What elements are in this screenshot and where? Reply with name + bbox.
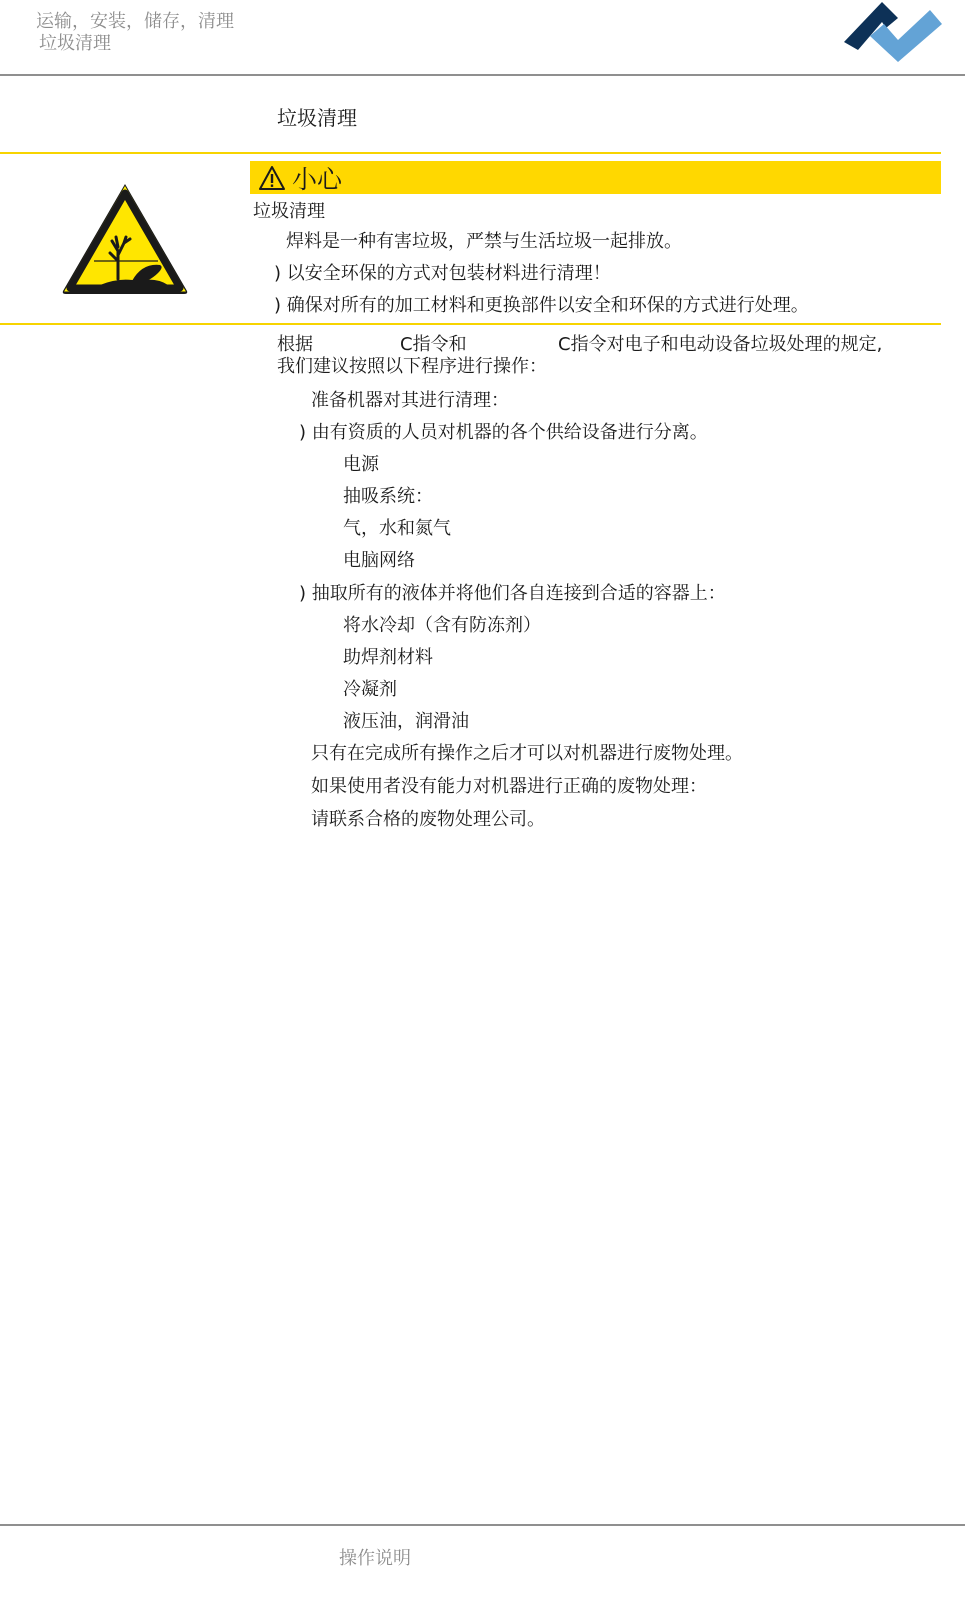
intro-part-1: 根据	[277, 334, 313, 356]
list-item: 电源	[343, 454, 379, 476]
action-text: 以安全环保的方式对包装材料进行清理！	[287, 263, 611, 284]
breadcrumb-section: 垃圾清理	[39, 33, 111, 55]
list-item: 电脑网络	[343, 550, 415, 572]
list-item: 抽吸系统：	[343, 486, 433, 508]
action-text: 确保对所有的加工材料和更换部件以安全和环保的方式进行处理。	[287, 295, 809, 316]
step-text: 抽取所有的液体并将他们各自连接到合适的容器上：	[312, 583, 726, 604]
caution-bottom-rule	[0, 323, 941, 325]
list-item: 液压油，润滑油	[343, 711, 469, 733]
list-item: 气，水和氮气	[343, 518, 451, 540]
page-title: 垃圾清理	[277, 102, 357, 131]
footer-divider	[0, 1524, 965, 1526]
note-2: 如果使用者没有能力对机器进行正确的废物处理：	[311, 776, 707, 798]
intro-part-2: C指令和	[400, 334, 467, 356]
step-text: 由有资质的人员对机器的各个供给设备进行分离。	[312, 422, 708, 443]
caution-top-rule	[0, 152, 941, 154]
warning-triangle-icon	[258, 165, 286, 191]
caution-text: 焊料是一种有害垃圾，严禁与生活垃圾一起排放。	[286, 231, 682, 253]
footer-label: 操作说明	[339, 1544, 411, 1570]
caution-action-1: ) 以安全环保的方式对包装材料进行清理！	[274, 263, 611, 285]
step-prepare: 准备机器对其进行清理：	[311, 390, 509, 412]
list-item: 将水冷却（含有防冻剂）	[343, 615, 541, 637]
list-item: 助焊剂材料	[343, 647, 433, 669]
step-2: ) 抽取所有的液体并将他们各自连接到合适的容器上：	[299, 583, 726, 605]
environmental-hazard-icon	[60, 181, 190, 296]
caution-heading: 垃圾清理	[253, 201, 325, 223]
environmental-hazard-sign	[60, 181, 190, 296]
step-marker: )	[299, 422, 306, 443]
note-3: 请联系合格的废物处理公司。	[311, 809, 545, 831]
step-1: ) 由有资质的人员对机器的各个供给设备进行分离。	[299, 422, 708, 444]
brand-logo	[842, 0, 942, 64]
header-divider	[0, 74, 965, 76]
breadcrumb-chapter: 运输，安装，储存，清理	[36, 11, 234, 33]
caution-action-2: ) 确保对所有的加工材料和更换部件以安全和环保的方式进行处理。	[274, 295, 809, 317]
step-marker: )	[299, 583, 306, 604]
intro-part-3: C指令对电子和电动设备垃圾处理的规定,	[558, 334, 882, 356]
caution-label: 小心	[292, 160, 342, 196]
action-marker: )	[274, 295, 281, 316]
caution-header: 小心	[250, 161, 941, 194]
logo-chevrons-icon	[842, 0, 942, 64]
action-marker: )	[274, 263, 281, 284]
note-1: 只有在完成所有操作之后才可以对机器进行废物处理。	[311, 743, 743, 765]
list-item: 冷凝剂	[343, 679, 397, 701]
intro-line-2: 我们建议按照以下程序进行操作：	[277, 356, 547, 378]
